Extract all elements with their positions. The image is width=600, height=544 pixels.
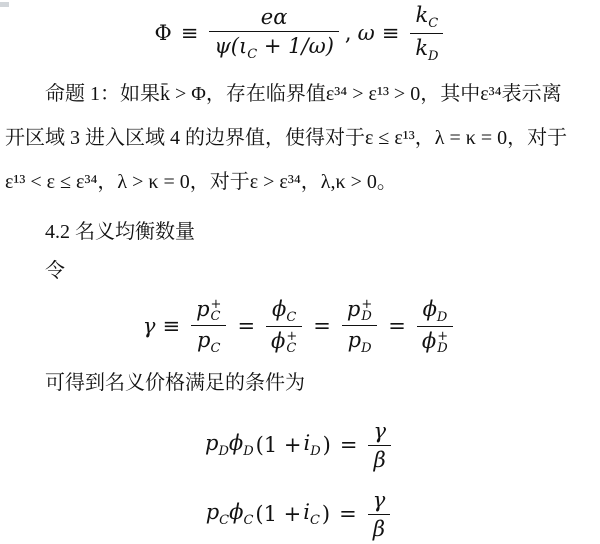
- denominator-suffix: + 1/ω): [257, 34, 334, 58]
- fraction-gamma-beta: γ β: [368, 419, 391, 472]
- d-subscript: D: [310, 445, 320, 460]
- p-term: pD: [205, 431, 229, 458]
- paragraph-line: 命题 1：如果k̄ > Φ，存在临界值ε³⁴ > ε¹³ > 0，其中ε³⁴表示…: [5, 72, 595, 116]
- d-subscript: D: [361, 311, 371, 323]
- supsub-stack: +C: [286, 331, 297, 355]
- denominator-prefix: ψ(ι: [214, 34, 247, 58]
- fraction-numerator: p+D: [342, 297, 377, 325]
- paragraph-line: ε¹³ < ε ≤ ε³⁴，λ > κ = 0，对于ε > ε³⁴，λ,κ > …: [5, 160, 595, 204]
- d-subscript: D: [437, 343, 447, 355]
- section-heading: 4.2 名义均衡数量: [5, 220, 595, 244]
- fraction-ealpha-psi: eα ψ(ιC + 1/ω): [209, 5, 339, 61]
- paren-open: (1 +: [253, 502, 303, 526]
- i-term: iD: [303, 431, 320, 458]
- fraction-denominator: pD: [342, 325, 377, 355]
- display-formula-pd: pD ϕD (1 + iD ) = γ β: [5, 416, 595, 474]
- phi-base: ϕ: [272, 297, 286, 321]
- p-term: pC: [206, 500, 229, 527]
- fraction-numerator: ϕC: [266, 297, 302, 326]
- i-base: i: [303, 500, 310, 524]
- d-subscript: D: [243, 445, 253, 460]
- p-base: p: [348, 328, 361, 352]
- fraction-pc-plus: p+C pC: [191, 297, 226, 355]
- p-base: p: [347, 297, 360, 321]
- equiv-operator: ≡: [155, 314, 187, 338]
- phi-base: ϕ: [229, 500, 243, 524]
- display-formula-gamma: γ ≡ p+C pC = ϕC ϕ+C = p+D pD = ϕD ϕ+D: [5, 296, 595, 356]
- display-formula-pc: pC ϕC (1 + iC ) = γ β: [5, 486, 595, 542]
- price-condition-text: 可得到名义价格满足的条件为: [5, 370, 595, 396]
- fraction-numerator: γ: [368, 419, 391, 445]
- d-subscript: D: [361, 341, 371, 356]
- fraction-numerator: γ: [368, 488, 391, 514]
- phi-base: ϕ: [422, 329, 436, 353]
- iota-subscript: C: [247, 47, 257, 62]
- omega-symbol: ω: [354, 21, 375, 45]
- k-base: k: [415, 36, 428, 60]
- equals-operator: =: [306, 314, 338, 338]
- paren-close: ): [321, 433, 333, 457]
- document-page: Φ ≡ eα ψ(ιC + 1/ω) , ω ≡ kC kD 命题 1：如果k̄…: [0, 0, 600, 544]
- p-base: p: [205, 431, 218, 455]
- phi-base: ϕ: [229, 431, 243, 455]
- fraction-numerator: kC: [410, 3, 443, 32]
- c-subscript: C: [219, 514, 229, 529]
- fraction-denominator: kD: [410, 33, 443, 63]
- phi-term: ϕD: [229, 431, 254, 458]
- supsub-stack: +C: [211, 299, 222, 323]
- paren-open: (1 +: [254, 433, 304, 457]
- fraction-phid: ϕD ϕ+D: [417, 297, 453, 355]
- fraction-numerator: p+C: [191, 297, 226, 325]
- fraction-gamma-beta: γ β: [368, 488, 391, 541]
- equiv-operator: ≡: [174, 21, 206, 45]
- phi-term: ϕC: [229, 500, 253, 527]
- c-subscript: C: [211, 341, 221, 356]
- equals-operator: =: [230, 314, 262, 338]
- k-subscript: D: [428, 49, 438, 64]
- equals-operator: =: [333, 433, 365, 457]
- c-subscript: C: [286, 343, 296, 355]
- c-subscript: C: [310, 514, 320, 529]
- paragraph-line: 开区域 3 进入区域 4 的边界值，使得对于ε ≤ ε¹³，λ = κ = 0，…: [5, 116, 595, 160]
- fraction-kc-kd: kC kD: [410, 3, 443, 62]
- c-subscript: C: [286, 310, 296, 325]
- lead-word: 令: [5, 258, 595, 284]
- d-subscript: D: [437, 310, 447, 325]
- p-base: p: [196, 297, 209, 321]
- i-term: iC: [303, 500, 320, 527]
- fraction-phic: ϕC ϕ+C: [266, 297, 302, 355]
- c-subscript: C: [243, 514, 253, 529]
- c-subscript: C: [211, 311, 221, 323]
- p-base: p: [206, 500, 219, 524]
- k-base: k: [416, 3, 429, 27]
- fraction-denominator: β: [368, 445, 391, 472]
- fraction-pd-plus: p+D pD: [342, 297, 377, 355]
- gamma-symbol: γ: [143, 314, 156, 338]
- supsub-stack: +D: [437, 331, 448, 355]
- equiv-operator: ≡: [375, 21, 407, 45]
- equals-operator: =: [332, 502, 364, 526]
- d-subscript: D: [218, 445, 228, 460]
- supsub-stack: +D: [361, 299, 372, 323]
- fraction-denominator: pC: [191, 325, 226, 355]
- p-base: p: [197, 328, 210, 352]
- fraction-denominator: β: [368, 514, 391, 541]
- comma-separator: ,: [343, 21, 354, 45]
- paren-close: ): [320, 502, 332, 526]
- fraction-denominator: ϕ+C: [266, 326, 302, 355]
- scan-artifact-smudge: [0, 2, 9, 7]
- k-subscript: C: [428, 17, 438, 32]
- proposition-paragraph: 命题 1：如果k̄ > Φ，存在临界值ε³⁴ > ε¹³ > 0，其中ε³⁴表示…: [5, 72, 595, 204]
- fraction-denominator: ϕ+D: [417, 326, 453, 355]
- fraction-numerator: ϕD: [417, 297, 453, 326]
- phi-base: ϕ: [423, 297, 437, 321]
- display-formula-phi-omega: Φ ≡ eα ψ(ιC + 1/ω) , ω ≡ kC kD: [5, 8, 595, 58]
- fraction-denominator: ψ(ιC + 1/ω): [209, 31, 339, 61]
- phi-symbol: Φ: [153, 21, 174, 45]
- equals-operator: =: [381, 314, 413, 338]
- phi-base: ϕ: [271, 329, 285, 353]
- fraction-numerator: eα: [209, 5, 339, 31]
